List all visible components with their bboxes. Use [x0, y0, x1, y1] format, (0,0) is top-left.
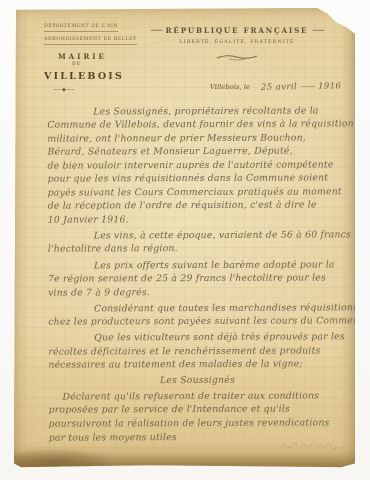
manuscript-line: de la réception de l'ordre de réquisitio… [48, 199, 346, 214]
arrondissement-label: ARRONDISSEMENT DE BELLEY [44, 37, 137, 45]
republique-francaise-title: ⸺RÉPUBLIQUE FRANÇAISE⸺ [132, 26, 342, 36]
republique-text: RÉPUBLIQUE FRANÇAISE [166, 26, 309, 35]
manuscript-line: de bien vouloir intervenir auprès de l'a… [48, 158, 346, 173]
manuscript-line: Les Soussignés, propriétaires récoltants… [47, 104, 345, 119]
manuscript-line: Que les viticulteurs sont déjà très épro… [48, 331, 346, 346]
manuscript-line: chez les producteurs sont payées suivant… [48, 315, 346, 330]
flourish-ornament [132, 46, 342, 65]
manuscript-line: militaire, ont l'honneur de prier Messie… [47, 131, 345, 146]
manuscript-line: Déclarent qu'ils refuseront de traiter a… [49, 389, 347, 404]
manuscript-line: nécessaires au traitement des maladies d… [48, 358, 346, 373]
letterhead-center: ⸺RÉPUBLIQUE FRANÇAISE⸺ LIBERTÉ, ÉGALITÉ,… [132, 26, 342, 65]
manuscript-line: 7e région seraient de 25 à 29 francs l'h… [48, 271, 346, 286]
manuscript-line: poursuivront la réalisation de leurs jus… [49, 416, 347, 431]
bottom-edge-stain [14, 452, 355, 468]
dash-ornament-left: ⸺ [147, 25, 166, 34]
manuscript: Les Soussignés, propriétaires récoltants… [47, 101, 346, 444]
manuscript-line: Les prix offerts suivant le barème adopt… [48, 258, 346, 273]
dash-ornament-right: ⸺ [308, 25, 327, 34]
manuscript-line: Bérard, Sénateurs et Monsieur Laguerre, … [47, 144, 345, 159]
dateline: Villebois, le 25 avril ⸺ 1916 [210, 74, 355, 93]
manuscript-line: Les vins, à cette époque, variaient de 5… [48, 228, 346, 243]
manuscript-line: Les Soussignés [48, 373, 346, 388]
manuscript-line: récoltes déficitaires et le renchérissem… [48, 344, 346, 359]
manuscript-line: Considérant que toutes les marchandises … [48, 301, 346, 316]
letter-paper: DÉPARTEMENT DE L'AIN ARRONDISSEMENT DE B… [14, 8, 355, 468]
dateline-handwritten-date: 25 avril ⸺ 1916 [261, 79, 342, 92]
manuscript-line: vins de 7 à 9 degrés. [48, 285, 346, 300]
letterhead-ornament: ──◆── [54, 87, 154, 93]
manuscript-line: 10 Janvier 1916. [48, 212, 346, 227]
devise-label: LIBERTÉ, ÉGALITÉ, FRATERNITÉ [132, 40, 342, 45]
manuscript-line: Commune de Villebois, devant fournir des… [47, 117, 345, 132]
dateline-printed-label: Villebois, le [210, 83, 250, 91]
manuscript-line: proposées par le service de l'Intendance… [49, 403, 347, 418]
manuscript-line: payés suivant les Cours Commerciaux prat… [48, 185, 346, 200]
commune-label: VILLEBOIS [44, 71, 154, 82]
manuscript-line: l'hectolitre dans la région. [48, 242, 346, 257]
manuscript-line: pour que les vins réquisitionnés dans la… [48, 172, 346, 187]
scanned-document: DÉPARTEMENT DE L'AIN ARRONDISSEMENT DE B… [0, 0, 370, 480]
department-label: DÉPARTEMENT DE L'AIN [44, 24, 118, 32]
